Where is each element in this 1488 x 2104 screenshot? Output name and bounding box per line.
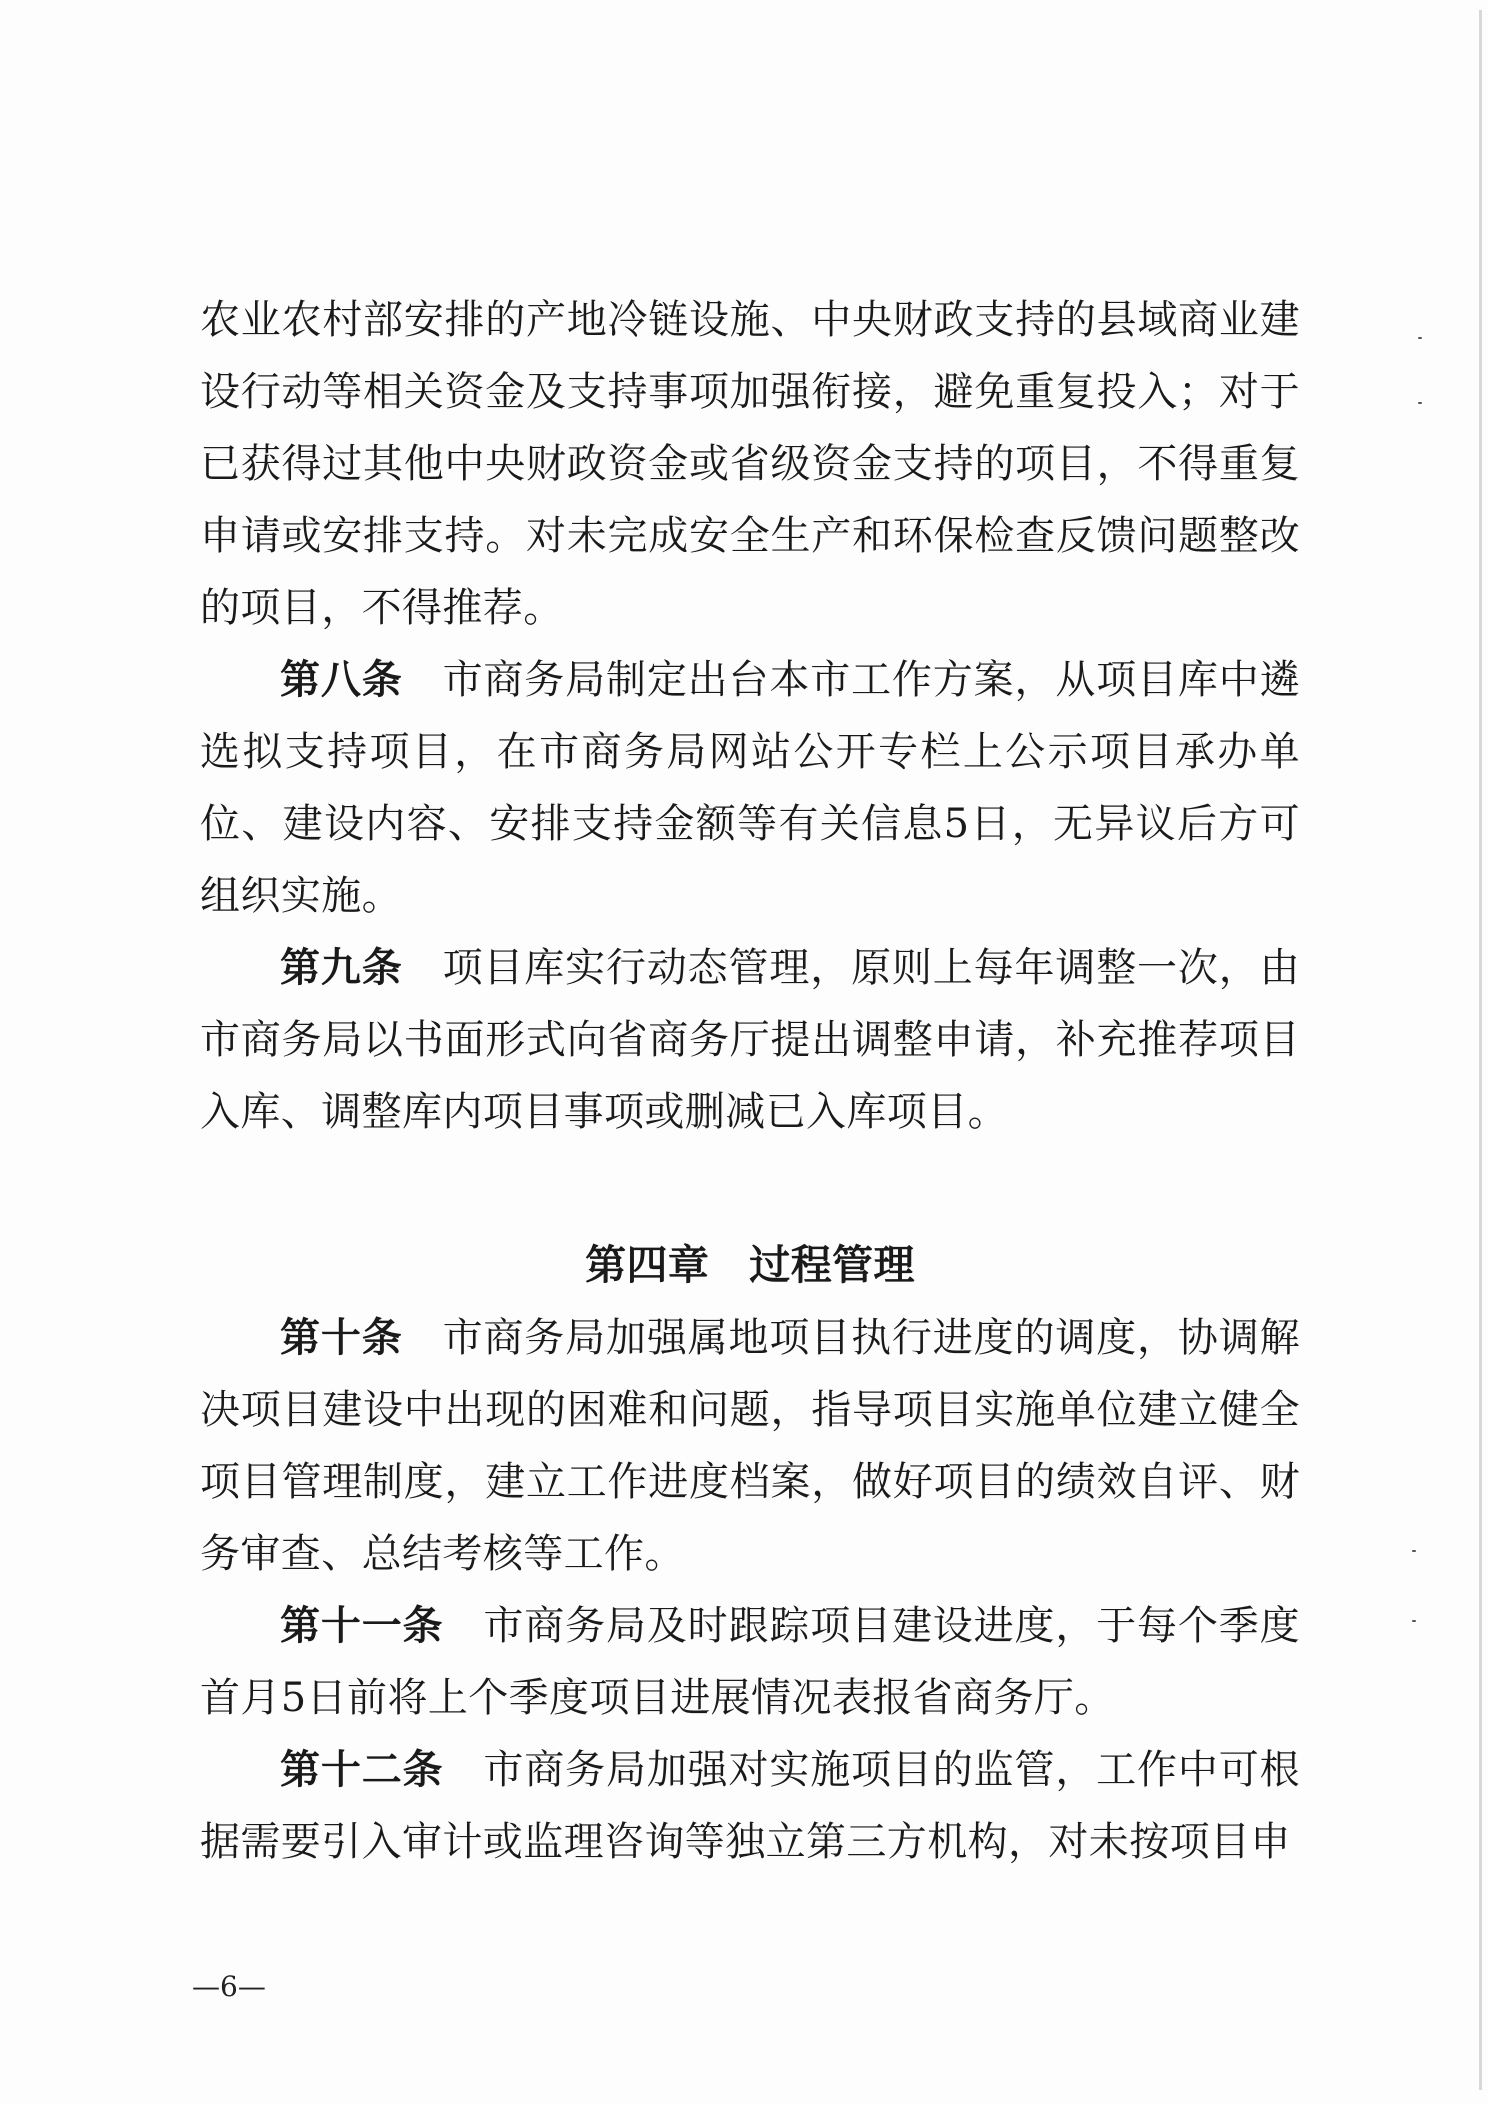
- article-number: 第十一条: [280, 1603, 443, 1649]
- scan-speck: [1412, 1620, 1416, 1622]
- article-8: 第八条市商务局制定出台本市工作方案，从项目库中遴选拟支持项目，在市商务局网站公开…: [200, 644, 1300, 932]
- document-body: 农业农村部安排的产地冷链设施、中央财政支持的县域商业建设行动等相关资金及支持事项…: [200, 284, 1300, 1878]
- document-page: 农业农村部安排的产地冷链设施、中央财政支持的县域商业建设行动等相关资金及支持事项…: [0, 0, 1488, 2104]
- scan-speck: [1418, 402, 1422, 404]
- article-number: 第九条: [280, 945, 403, 991]
- article-11: 第十一条市商务局及时跟踪项目建设进度，于每个季度首月5日前将上个季度项目进展情况…: [200, 1590, 1300, 1734]
- page-number: —6—: [192, 1970, 266, 2003]
- article-9: 第九条项目库实行动态管理，原则上每年调整一次，由市商务局以书面形式向省商务厅提出…: [200, 932, 1300, 1148]
- continuation-paragraph: 农业农村部安排的产地冷链设施、中央财政支持的县域商业建设行动等相关资金及支持事项…: [200, 284, 1300, 644]
- chapter-heading: 第四章过程管理: [200, 1228, 1300, 1302]
- article-10: 第十条市商务局加强属地项目执行进度的调度，协调解决项目建设中出现的困难和问题，指…: [200, 1302, 1300, 1590]
- chapter-title: 过程管理: [749, 1241, 915, 1289]
- chapter-number: 第四章: [585, 1241, 709, 1289]
- article-number: 第八条: [280, 657, 403, 703]
- article-number: 第十二条: [280, 1747, 443, 1793]
- section-spacer: [200, 1148, 1300, 1206]
- article-12: 第十二条市商务局加强对实施项目的监管，工作中可根据需要引入审计或监理咨询等独立第…: [200, 1734, 1300, 1878]
- article-number: 第十条: [280, 1315, 403, 1361]
- scan-speck: [1412, 1550, 1416, 1552]
- scan-speck: [1418, 337, 1422, 339]
- scan-edge-line: [1479, 10, 1482, 2090]
